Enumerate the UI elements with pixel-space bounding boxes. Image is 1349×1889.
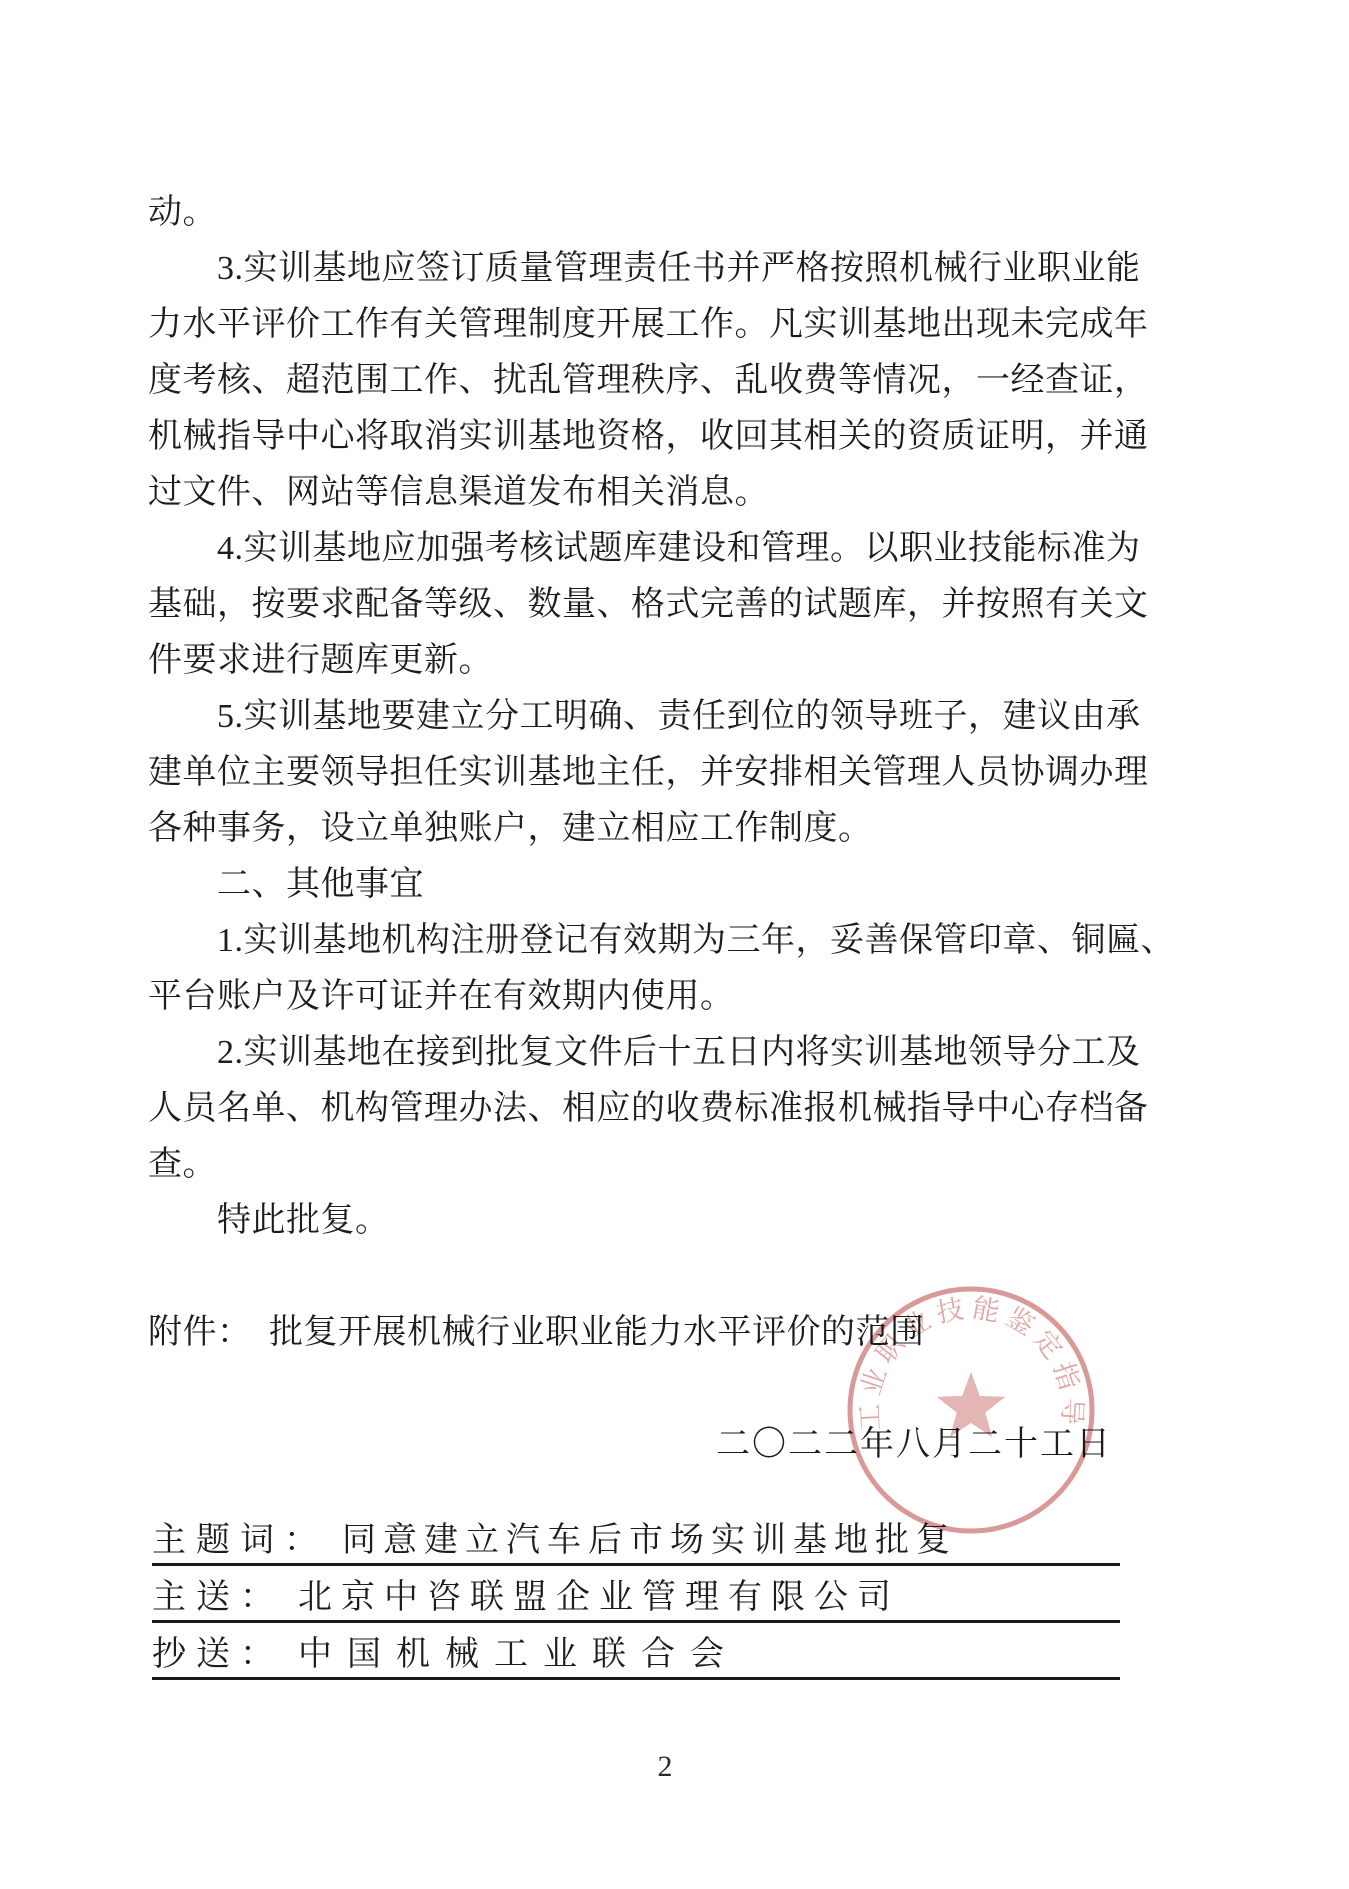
subject-keywords-row: 主题词： 同意建立汽车后市场实训基地批复 (152, 1509, 1120, 1566)
body-line-blank (148, 1361, 1158, 1417)
main-recipient-value: 北京中咨联盟企业管理有限公司 (298, 1569, 900, 1618)
body-line: 件要求进行题库更新。 (148, 633, 1158, 689)
body-line: 度考核、超范围工作、扰乱管理秩序、乱收费等情况，一经查证， (148, 353, 1158, 409)
document-footer: 主题词： 同意建立汽车后市场实训基地批复 主送： 北京中咨联盟企业管理有限公司 … (152, 1509, 1120, 1680)
body-line: 5.实训基地要建立分工明确、责任到位的领导班子，建议由承 (148, 689, 1158, 745)
copy-recipient-label: 抄送： (152, 1626, 284, 1675)
body-line-closing: 特此批复。 (148, 1193, 1158, 1249)
date-line: 二〇二二年八月二十工日 (148, 1417, 1138, 1473)
subject-keywords-label: 主题词： (152, 1512, 328, 1561)
body-line: 各种事务，设立单独账户，建立相应工作制度。 (148, 801, 1158, 857)
main-recipient-row: 主送： 北京中咨联盟企业管理有限公司 (152, 1566, 1120, 1623)
body-line: 建单位主要领导担任实训基地主任，并安排相关管理人员协调办理 (148, 745, 1158, 801)
body-line: 动。 (148, 185, 1158, 241)
body-line: 基础，按要求配备等级、数量、格式完善的试题库，并按照有关文 (148, 577, 1158, 633)
main-recipient-label: 主送： (152, 1569, 284, 1618)
body-line: 平台账户及许可证并在有效期内使用。 (148, 969, 1158, 1025)
body-line: 查。 (148, 1137, 1158, 1193)
subject-keywords-value: 同意建立汽车后市场实训基地批复 (342, 1512, 957, 1561)
copy-recipient-row: 抄送： 中国机械工业联合会 (152, 1623, 1120, 1680)
body-line-section-heading: 二、其他事宜 (148, 857, 1158, 913)
body-line: 4.实训基地应加强考核试题库建设和管理。以职业技能标准为 (148, 521, 1158, 577)
body-line: 人员名单、机构管理办法、相应的收费标准报机械指导中心存档备 (148, 1081, 1158, 1137)
copy-recipient-value: 中国机械工业联合会 (298, 1626, 739, 1675)
attachment-line: 附件： 批复开展机械行业职业能力水平评价的范围 (148, 1305, 1158, 1361)
body-line: 过文件、网站等信息渠道发布相关消息。 (148, 465, 1158, 521)
body-line: 3.实训基地应签订质量管理责任书并严格按照机械行业职业能 (148, 241, 1158, 297)
document-body: 动。 3.实训基地应签订质量管理责任书并严格按照机械行业职业能 力水平评价工作有… (148, 185, 1158, 1417)
body-line: 力水平评价工作有关管理制度开展工作。凡实训基地出现未完成年 (148, 297, 1158, 353)
body-line: 机械指导中心将取消实训基地资格，收回其相关的资质证明，并通 (148, 409, 1158, 465)
body-line-blank (148, 1249, 1158, 1305)
body-line: 1.实训基地机构注册登记有效期为三年，妥善保管印章、铜匾、 (148, 913, 1158, 969)
page-number: 2 (640, 1750, 690, 1784)
document-page: 动。 3.实训基地应签订质量管理责任书并严格按照机械行业职业能 力水平评价工作有… (0, 0, 1349, 1889)
body-line: 2.实训基地在接到批复文件后十五日内将实训基地领导分工及 (148, 1025, 1158, 1081)
